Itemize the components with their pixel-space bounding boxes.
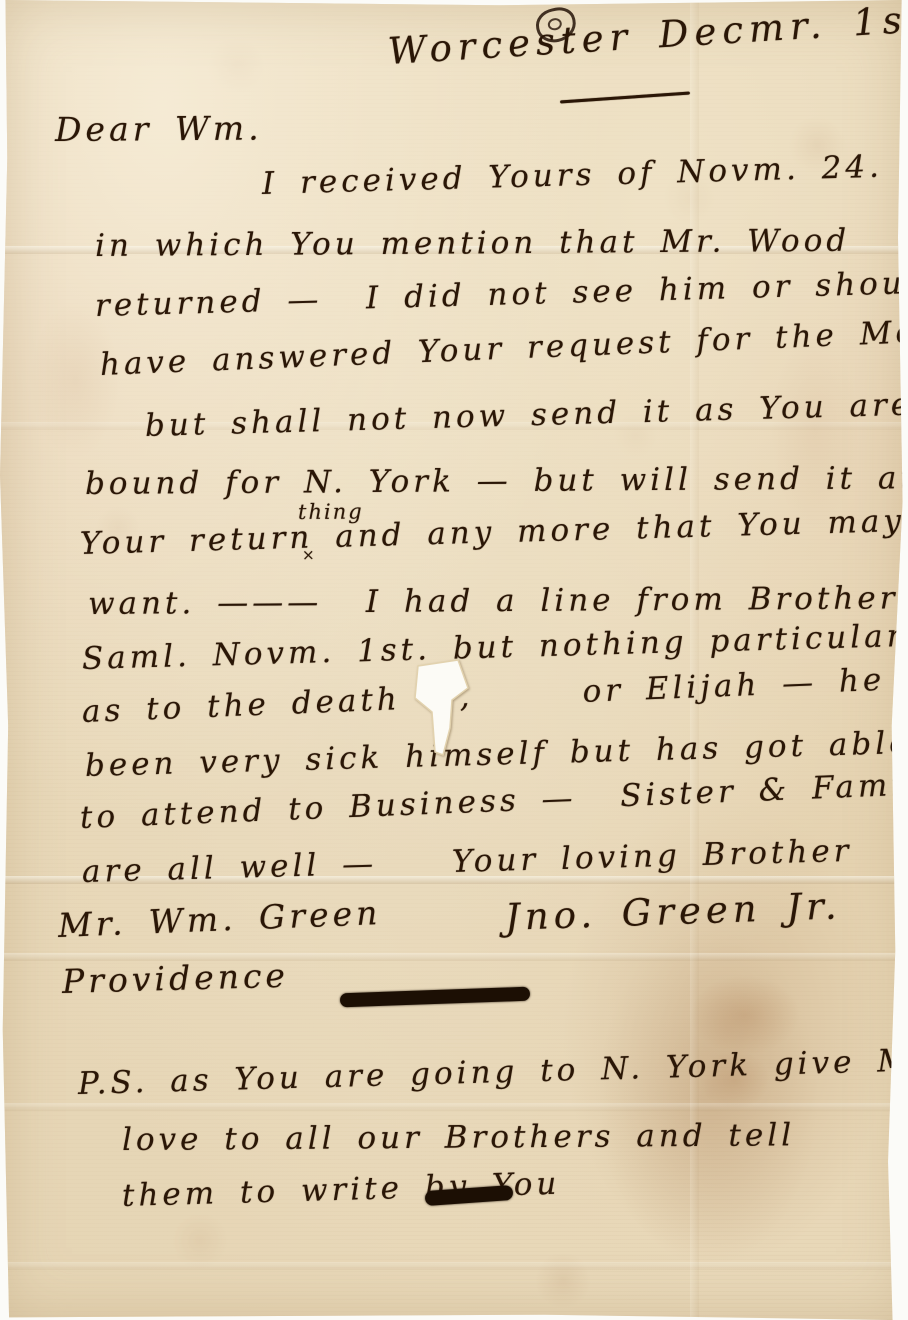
opening-line: I received Yours of Novm. 24. 1795 (261, 145, 908, 202)
stain (770, 330, 860, 530)
postscript-line: love to all our Brothers and tell (122, 1117, 795, 1158)
recipient-city: Providence (61, 956, 289, 1001)
signature: Jno. Green Jr. (504, 884, 842, 939)
paper-hole (408, 652, 478, 762)
body-line: returned — I did not see him or should (94, 264, 908, 324)
recipient-name: Mr. Wm. Green (57, 893, 382, 945)
postscript-line: P.S. as You are going to N. York give My (77, 1042, 908, 1102)
body-line: but shall not now send it as You are (144, 387, 908, 444)
body-line: have answered Your request for the Money (99, 311, 908, 383)
body-line: are all well — (81, 846, 377, 890)
body-line: bound for N. York — but will send it at (85, 460, 908, 502)
closing: Your loving Brother (451, 833, 852, 880)
fold-crease (0, 1262, 908, 1270)
fold-crease (0, 1103, 908, 1111)
body-line: want. ——— I had a line from Brother (88, 580, 899, 622)
dateline: Worcester Decmr. 1st 1795 (387, 0, 908, 73)
dateline-underline (560, 91, 690, 103)
stain (690, 975, 800, 1055)
body-line: in which You mention that Mr. Wood (95, 223, 850, 264)
salutation: Dear Wm. (55, 109, 263, 149)
ink-dash (340, 987, 530, 1008)
letter-paper: Worcester Decmr. 1st 1795 Dear Wm. I rec… (0, 0, 908, 1320)
scan-background: Worcester Decmr. 1st 1795 Dear Wm. I rec… (0, 0, 908, 1320)
body-line: Your return and any more that You may (79, 503, 905, 562)
